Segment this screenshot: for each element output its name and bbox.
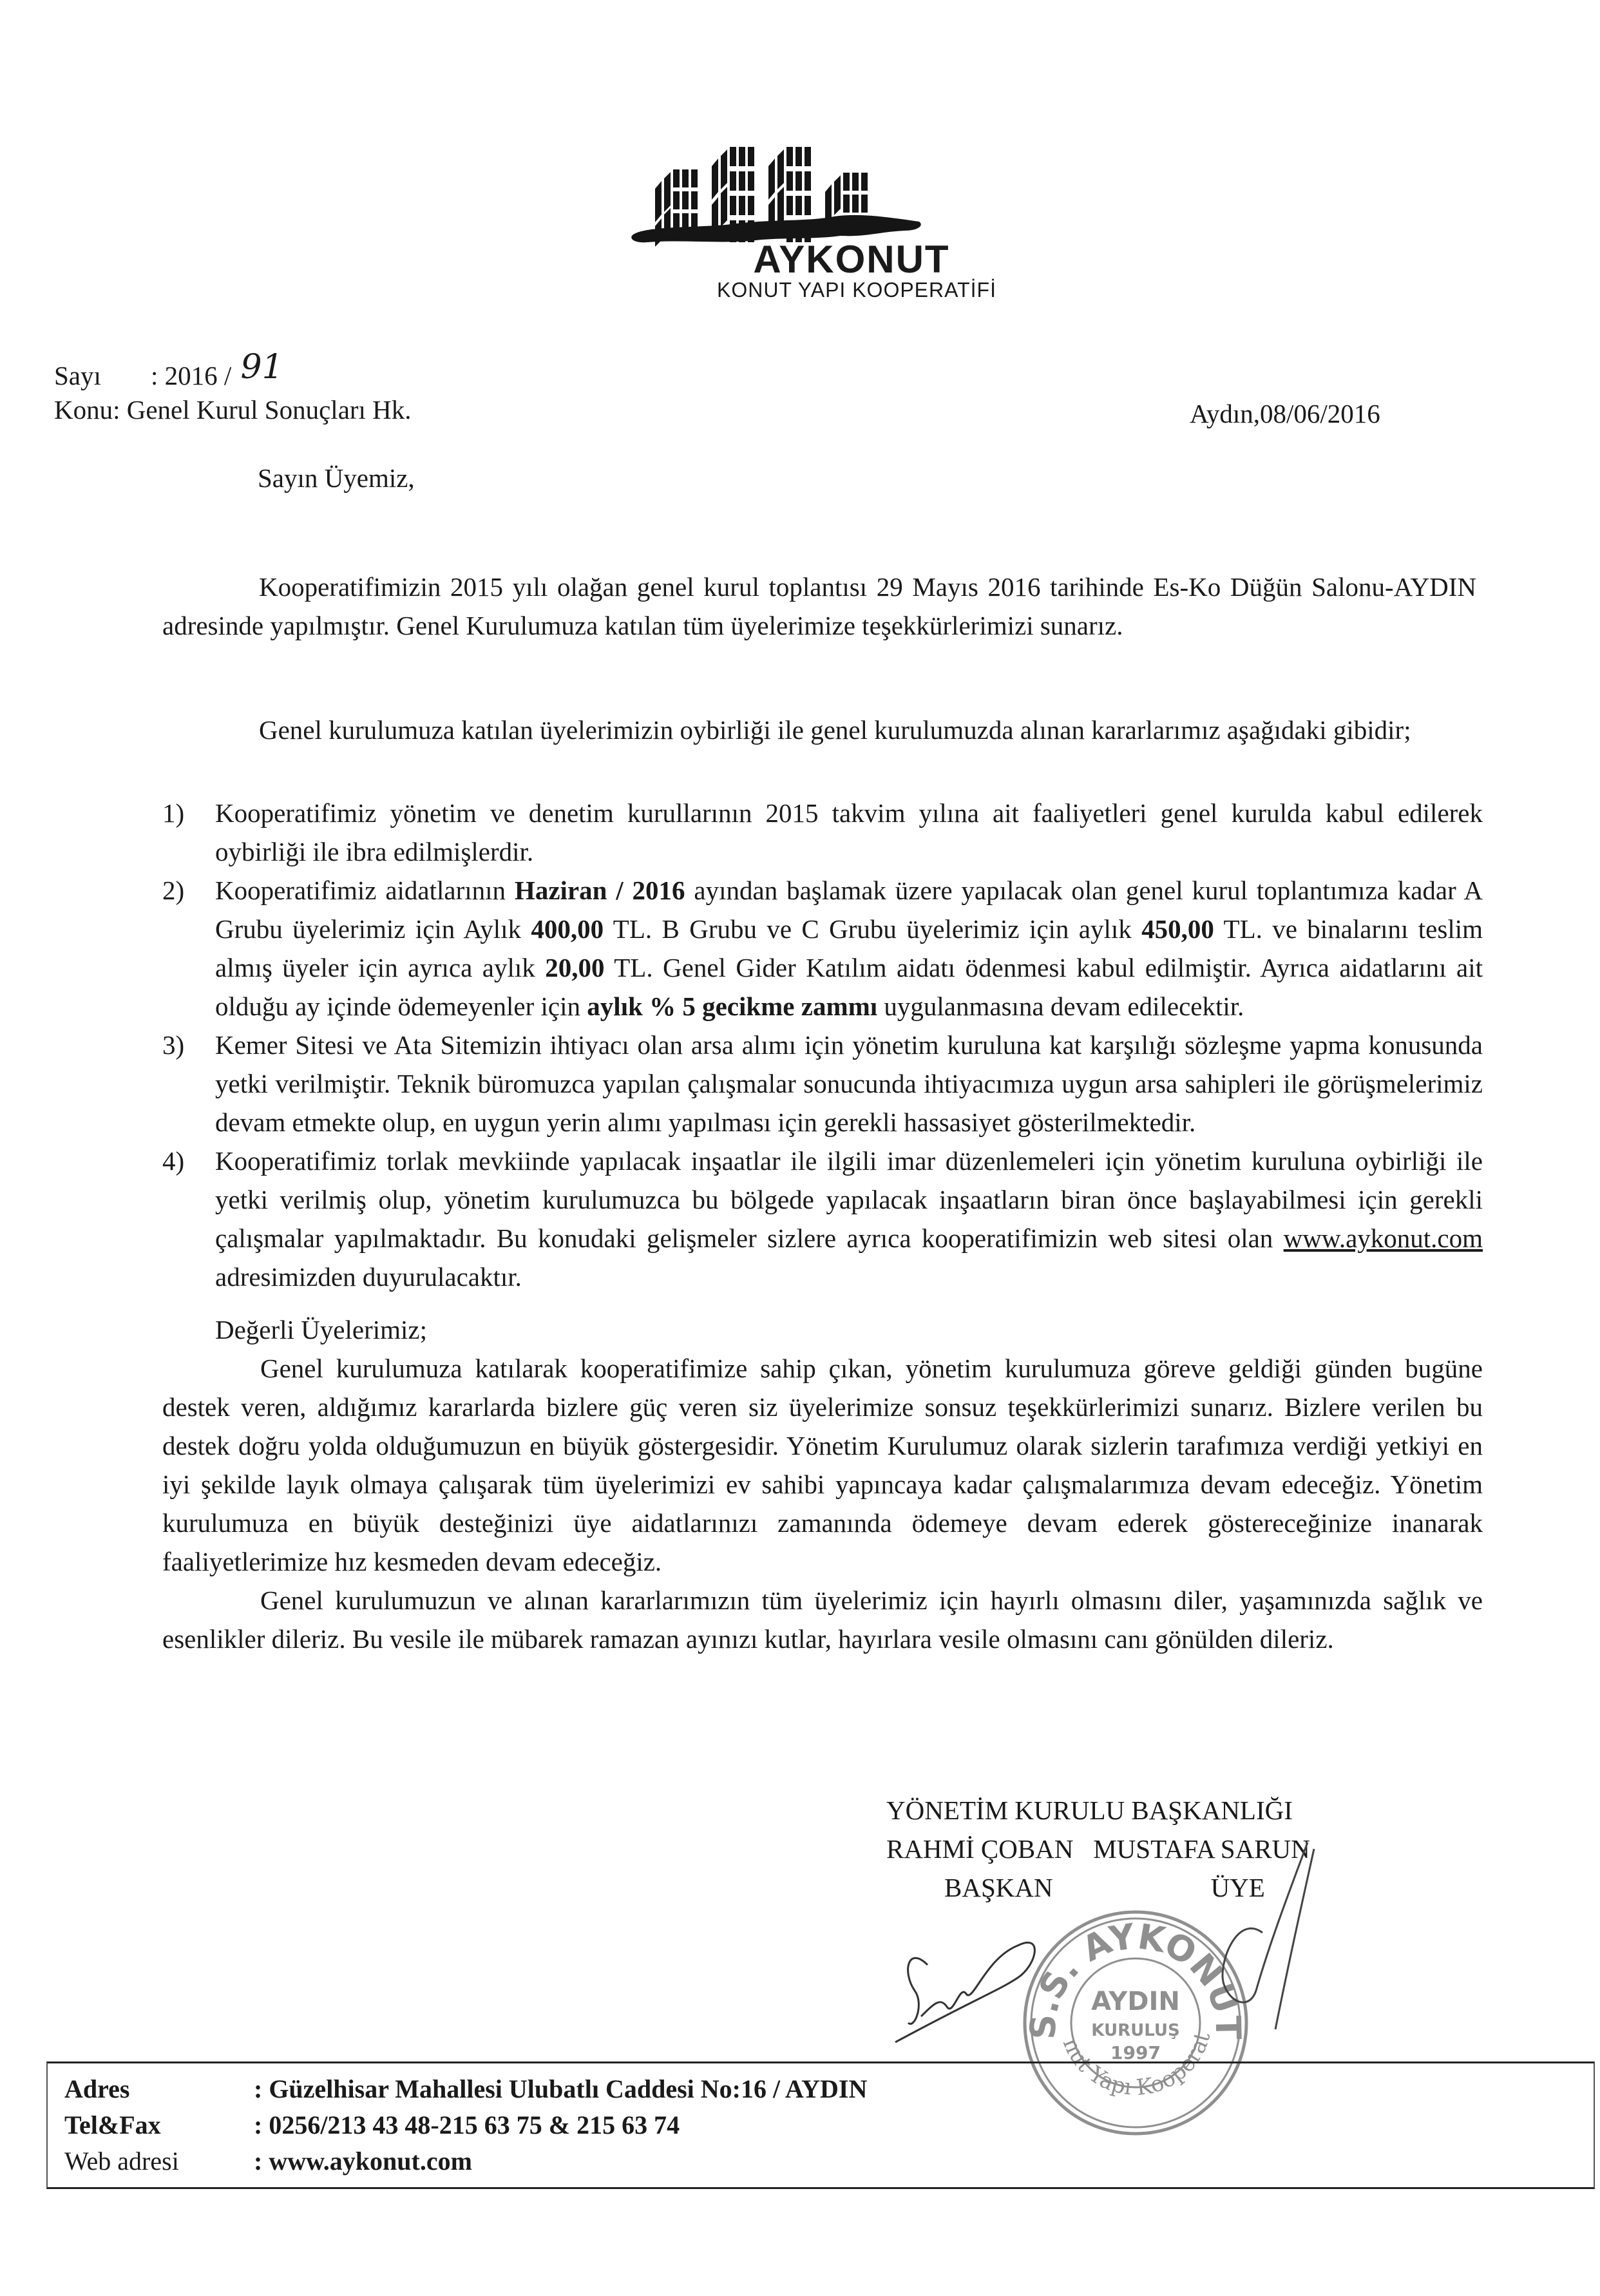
reference-number: Sayı: 2016 / 91 xyxy=(54,354,283,395)
signature-scribble-icon xyxy=(889,1920,1101,2049)
phone-value: : 0256/213 43 48-215 63 75 & 215 63 74 xyxy=(254,2110,680,2139)
intro-paragraph-text: Kooperatifimizin 2015 yılı olağan genel … xyxy=(162,568,1476,645)
phone-label: Tel&Fax xyxy=(64,2107,254,2143)
group-bc-fee: 450,00 xyxy=(1141,914,1214,944)
brand-name: AYKONUT xyxy=(52,237,1600,282)
subject-line: Konu: Genel Kurul Sonuçları Hk. xyxy=(54,390,412,429)
contact-info-box: Adres: Güzelhisar Mahallesi Ulubatlı Cad… xyxy=(46,2062,1595,2189)
decisions-intro-text: Genel kurulumuza katılan üyelerimizin oy… xyxy=(162,711,1476,749)
apartment-buildings-logo-icon xyxy=(622,108,931,247)
board-title: YÖNETİM KURULU BAŞKANLIĞI xyxy=(886,1791,1310,1830)
address-value: : Güzelhisar Mahallesi Ulubatlı Caddesi … xyxy=(254,2074,867,2103)
signer1-name: RAHMİ ÇOBAN xyxy=(886,1830,1073,1868)
late-fee-highlight: aylık % 5 gecikme zammı xyxy=(587,991,877,1021)
website-link[interactable]: www.aykonut.com xyxy=(1284,1223,1483,1253)
svg-text:KURULUŞ: KURULUŞ xyxy=(1091,2021,1179,2040)
decision-item: 1) Kooperatifimiz yönetim ve denetim kur… xyxy=(162,794,1483,871)
sayi-value: : 2016 / xyxy=(151,361,238,390)
decision-number: 1) xyxy=(162,794,184,832)
handwritten-number: 91 xyxy=(241,348,283,387)
decision-item: 3) Kemer Sitesi ve Ata Sitemizin ihtiyac… xyxy=(162,1026,1483,1142)
svg-text:AYDIN: AYDIN xyxy=(1091,1987,1180,2016)
decision-text: Kooperatifimiz aidatlarının xyxy=(215,875,515,905)
start-date-highlight: Haziran / 2016 xyxy=(515,875,685,905)
address-row: Adres: Güzelhisar Mahallesi Ulubatlı Cad… xyxy=(64,2071,867,2107)
salutation: Sayın Üyemiz, xyxy=(258,459,415,497)
decision-number: 3) xyxy=(162,1026,184,1064)
svg-text:1997: 1997 xyxy=(1110,2042,1161,2063)
closing-paragraph-1: Genel kurulumuza katılarak kooperatifimi… xyxy=(162,1349,1483,1581)
closing-section: Değerli Üyelerimiz; Genel kurulumuza kat… xyxy=(215,1310,1483,1658)
konu-label: Konu: xyxy=(54,395,120,425)
decision-text: TL. B Grubu ve C Grubu üyelerimiz için a… xyxy=(604,914,1141,944)
closing-paragraph-2: Genel kurulumuzun ve alınan kararlarımız… xyxy=(162,1581,1483,1658)
decision-text: adresimizden duyurulacaktır. xyxy=(215,1262,522,1292)
general-expense-fee: 20,00 xyxy=(545,953,604,982)
address-label: Adres xyxy=(64,2071,254,2107)
signer1-role: BAŞKAN xyxy=(944,1873,1053,1902)
web-label: Web adresi xyxy=(64,2143,254,2179)
decisions-list: 1) Kooperatifimiz yönetim ve denetim kur… xyxy=(162,794,1483,1296)
decisions-intro: Genel kurulumuza katılan üyelerimizin oy… xyxy=(162,684,1476,776)
decision-number: 4) xyxy=(162,1142,184,1180)
group-a-fee: 400,00 xyxy=(531,914,604,944)
letter-date: Aydın,08/06/2016 xyxy=(1190,394,1380,433)
decision-item: 4) Kooperatifimiz torlak mevkiinde yapıl… xyxy=(162,1142,1483,1296)
decision-text: uygulanmasına devam edilecektir. xyxy=(877,991,1244,1021)
decision-item: 2) Kooperatifimiz aidatlarının Haziran /… xyxy=(162,871,1483,1026)
signature-scribble-icon xyxy=(1185,1836,1327,2042)
decision-text: Kooperatifimiz yönetim ve denetim kurull… xyxy=(215,798,1483,866)
phone-row: Tel&Fax: 0256/213 43 48-215 63 75 & 215 … xyxy=(64,2107,680,2143)
closing-heading: Değerli Üyelerimiz; xyxy=(215,1310,1483,1349)
konu-value: Genel Kurul Sonuçları Hk. xyxy=(127,395,412,425)
web-row: Web adresi: www.aykonut.com xyxy=(64,2143,472,2179)
intro-paragraph: Kooperatifimizin 2015 yılı olağan genel … xyxy=(162,541,1476,671)
decision-number: 2) xyxy=(162,871,184,910)
web-value[interactable]: : www.aykonut.com xyxy=(254,2147,472,2176)
decision-text: Kemer Sitesi ve Ata Sitemizin ihtiyacı o… xyxy=(215,1030,1483,1137)
brand-subtitle: KONUT YAPI KOOPERATİFİ xyxy=(57,278,1600,302)
sayi-label: Sayı xyxy=(54,356,151,395)
